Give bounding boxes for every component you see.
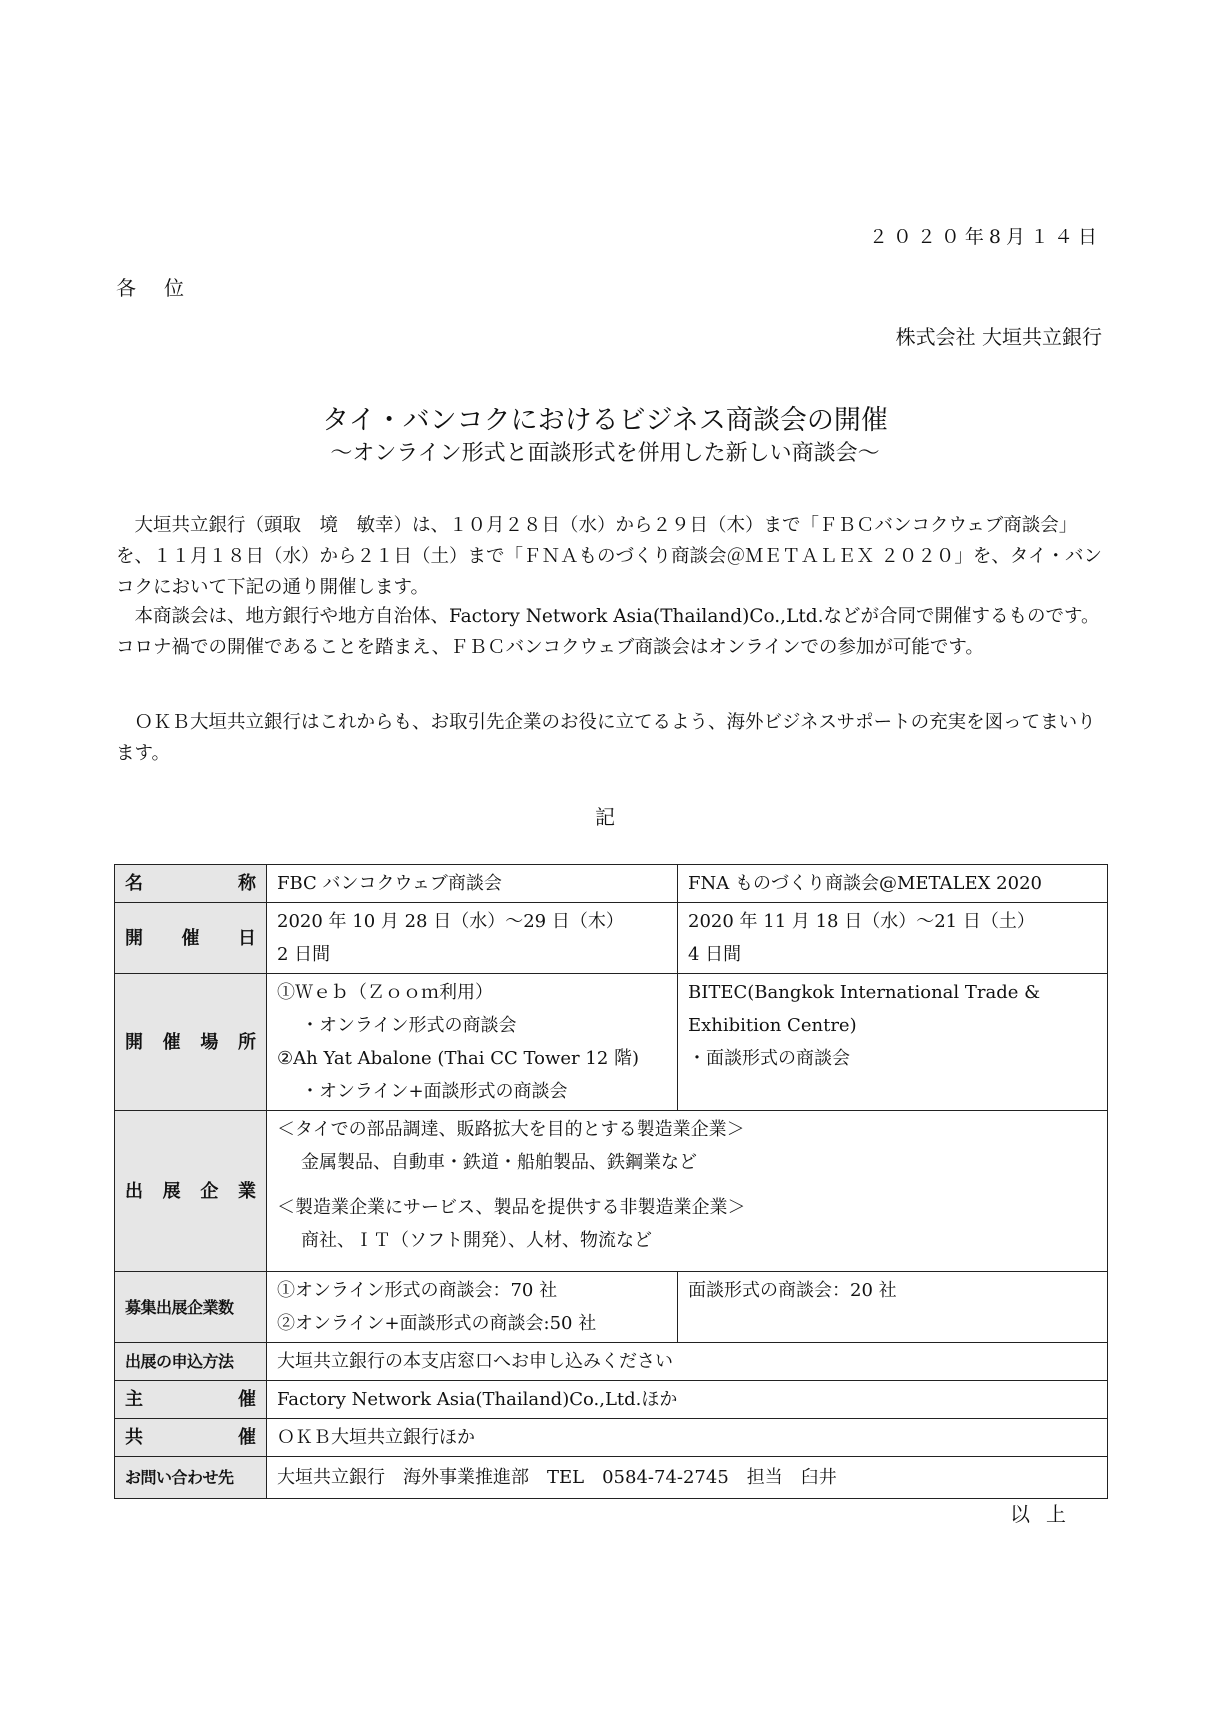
organizer-value: Factory Network Asia(Thailand)Co.,Ltd.ほか <box>267 1381 1108 1419</box>
document-subtitle: ～オンライン形式と面談形式を併用した新しい商談会～ <box>0 436 1210 467</box>
row-header-organizer: 主 催 <box>115 1381 267 1419</box>
document-date: ２０２０年8月１４日 <box>869 222 1102 249</box>
sender: 株式会社 大垣共立銀行 <box>896 321 1102 350</box>
paragraph-text: 本商談会は、地方銀行や地方自治体、Factory Network Asia(Th… <box>116 601 1106 663</box>
exhibitor-group-title: ＜タイでの部品調達、販路拡大を目的とする製造業企業＞ <box>277 1113 1097 1146</box>
contact-value: 大垣共立銀行 海外事業推進部 TEL 0584-74-2745 担当 臼井 <box>267 1457 1108 1499</box>
fna-name: FNA ものづくり商談会@METALEX 2020 <box>678 865 1108 903</box>
venue-line: ・面談形式の商談会 <box>688 1042 1097 1075</box>
event-details-table: 名 称 FBC バンコクウェブ商談会 FNA ものづくり商談会@METALEX … <box>114 864 1108 1499</box>
row-header-co-organizer: 共 催 <box>115 1419 267 1457</box>
fbc-name: FBC バンコクウェブ商談会 <box>267 865 678 903</box>
body-paragraph-2: 本商談会は、地方銀行や地方自治体、Factory Network Asia(Th… <box>116 601 1106 663</box>
fna-date-range: 2020 年 11 月 18 日（水）～21 日（土） <box>688 905 1097 938</box>
fna-recruit: 面談形式の商談会：20 社 <box>678 1272 1108 1343</box>
recruit-line: ①オンライン形式の商談会：70 社 <box>277 1274 667 1307</box>
fna-venue: BITEC(Bangkok International Trade & Exhi… <box>678 974 1108 1111</box>
venue-line: ・オンライン形式の商談会 <box>277 1009 667 1042</box>
apply-method: 大垣共立銀行の本支店窓口へお申し込みください <box>267 1343 1108 1381</box>
table-row-recruit: 募集出展企業数 ①オンライン形式の商談会：70 社 ②オンライン+面談形式の商談… <box>115 1272 1108 1343</box>
exhibitor-group-items: 金属製品、自動車・鉄道・船舶製品、鉄鋼業など <box>277 1146 1097 1179</box>
addressee: 各位 <box>116 272 212 301</box>
fna-duration: 4 日間 <box>688 938 1097 971</box>
row-header-dates: 開 催 日 <box>115 903 267 974</box>
header-char: 催 <box>163 1026 181 1059</box>
row-header-exhibitors: 出 展 企 業 <box>115 1111 267 1272</box>
fbc-recruit: ①オンライン形式の商談会：70 社 ②オンライン+面談形式の商談会:50 社 <box>267 1272 678 1343</box>
table-row-exhibitors: 出 展 企 業 ＜タイでの部品調達、販路拡大を目的とする製造業企業＞ 金属製品、… <box>115 1111 1108 1272</box>
ki-heading: 記 <box>0 801 1210 830</box>
header-char: 出 <box>125 1175 143 1208</box>
row-header-recruit: 募集出展企業数 <box>115 1272 267 1343</box>
fbc-date-range: 2020 年 10 月 28 日（水）～29 日（木） <box>277 905 667 938</box>
header-char: 開 <box>125 922 143 955</box>
spacer <box>277 1179 1097 1191</box>
exhibitor-group-items: 商社、ＩＴ（ソフト開発）、人材、物流など <box>277 1224 1097 1257</box>
fbc-venue: ①Ｗｅｂ（Ｚｏｏｍ利用） ・オンライン形式の商談会 ②Ah Yat Abalon… <box>267 974 678 1111</box>
header-char: 業 <box>238 1175 256 1208</box>
table-row-name: 名 称 FBC バンコクウェブ商談会 FNA ものづくり商談会@METALEX … <box>115 865 1108 903</box>
fbc-duration: 2 日間 <box>277 938 667 971</box>
header-char: 催 <box>238 1383 256 1416</box>
end-mark: 以上 <box>1010 1498 1082 1527</box>
fbc-dates: 2020 年 10 月 28 日（水）～29 日（木） 2 日間 <box>267 903 678 974</box>
co-organizer-value: ＯＫＢ大垣共立銀行ほか <box>267 1419 1108 1457</box>
paragraph-text: 大垣共立銀行（頭取 境 敏幸）は、１０月２８日（水）から２９日（木）まで「ＦＢＣ… <box>116 510 1106 603</box>
header-char: 企 <box>200 1175 218 1208</box>
row-header-contact: お問い合わせ先 <box>115 1457 267 1499</box>
table-row-contact: お問い合わせ先 大垣共立銀行 海外事業推進部 TEL 0584-74-2745 … <box>115 1457 1108 1499</box>
table-row-co-organizer: 共 催 ＯＫＢ大垣共立銀行ほか <box>115 1419 1108 1457</box>
venue-line: Exhibition Centre) <box>688 1009 1097 1042</box>
header-char: 所 <box>238 1026 256 1059</box>
table-row-apply: 出展の申込方法 大垣共立銀行の本支店窓口へお申し込みください <box>115 1343 1108 1381</box>
table-row-dates: 開 催 日 2020 年 10 月 28 日（水）～29 日（木） 2 日間 2… <box>115 903 1108 974</box>
body-paragraph-3: ＯＫＢ大垣共立銀行はこれからも、お取引先企業のお役に立てるよう、海外ビジネスサポ… <box>116 707 1106 769</box>
table-row-venue: 開 催 場 所 ①Ｗｅｂ（Ｚｏｏｍ利用） ・オンライン形式の商談会 ②Ah Ya… <box>115 974 1108 1111</box>
paragraph-text: ＯＫＢ大垣共立銀行はこれからも、お取引先企業のお役に立てるよう、海外ビジネスサポ… <box>116 707 1106 769</box>
recruit-line: ②オンライン+面談形式の商談会:50 社 <box>277 1307 667 1340</box>
row-header-apply: 出展の申込方法 <box>115 1343 267 1381</box>
header-char: 開 <box>125 1026 143 1059</box>
venue-line: ②Ah Yat Abalone (Thai CC Tower 12 階) <box>277 1042 667 1075</box>
body-paragraph-1: 大垣共立銀行（頭取 境 敏幸）は、１０月２８日（水）から２９日（木）まで「ＦＢＣ… <box>116 510 1106 603</box>
exhibitor-group-title: ＜製造業企業にサービス、製品を提供する非製造業企業＞ <box>277 1191 1097 1224</box>
row-header-name: 名 称 <box>115 865 267 903</box>
header-char: 名 <box>125 867 143 900</box>
header-char: 称 <box>238 867 256 900</box>
document-title: タイ・バンコクにおけるビジネス商談会の開催 <box>0 398 1210 437</box>
venue-line: ・オンライン+面談形式の商談会 <box>277 1075 667 1108</box>
header-char: 共 <box>125 1421 143 1454</box>
table-row-organizer: 主 催 Factory Network Asia(Thailand)Co.,Lt… <box>115 1381 1108 1419</box>
header-char: 催 <box>238 1421 256 1454</box>
header-char: 主 <box>125 1383 143 1416</box>
header-char: 場 <box>200 1026 218 1059</box>
exhibitors-detail: ＜タイでの部品調達、販路拡大を目的とする製造業企業＞ 金属製品、自動車・鉄道・船… <box>267 1111 1108 1272</box>
venue-line: BITEC(Bangkok International Trade & <box>688 976 1097 1009</box>
header-char: 日 <box>238 922 256 955</box>
header-char: 催 <box>182 922 200 955</box>
fna-dates: 2020 年 11 月 18 日（水）～21 日（土） 4 日間 <box>678 903 1108 974</box>
row-header-venue: 開 催 場 所 <box>115 974 267 1111</box>
header-char: 展 <box>163 1175 181 1208</box>
venue-line: ①Ｗｅｂ（Ｚｏｏｍ利用） <box>277 976 667 1009</box>
